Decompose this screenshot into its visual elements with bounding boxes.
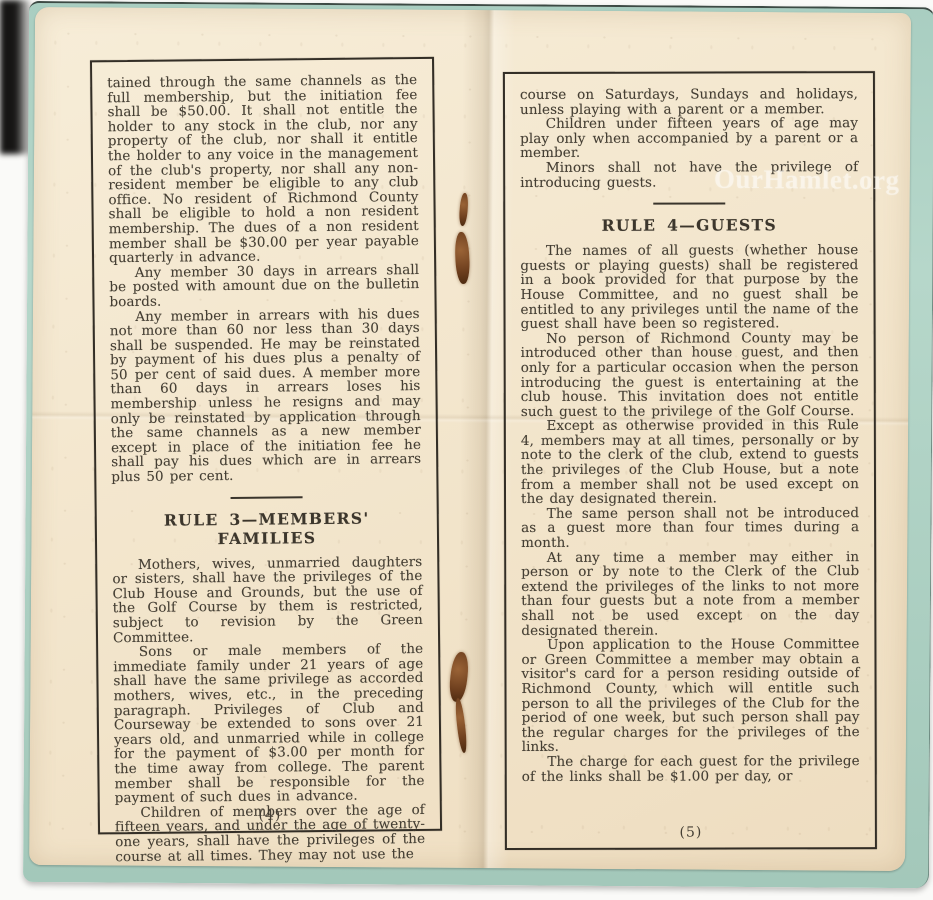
watermark-text: OurHamlet.org [714, 164, 929, 197]
paragraph: Except as otherwise provided in this Rul… [521, 418, 859, 506]
section-divider [653, 203, 725, 205]
section-divider [231, 496, 303, 499]
paragraph: Any member in arrears with his dues not … [110, 306, 422, 484]
scanned-booklet-image: tained through the same channels as the … [0, 0, 933, 900]
paragraph: course on Saturdays, Sundays and holiday… [520, 87, 858, 117]
rusty-staple-bottom [448, 652, 473, 756]
paragraph: At any time a member may either in perso… [521, 550, 859, 638]
paragraph: The names of all guests (whether house g… [520, 243, 858, 331]
page-number-5: (5) [507, 824, 875, 841]
staple-segment [454, 698, 468, 754]
paragraph: Sons or male members of the immediate fa… [113, 642, 425, 806]
paragraph: The same person shall not be introduced … [521, 506, 859, 551]
paragraph: Upon application to the House Committee … [521, 637, 859, 755]
open-booklet: tained through the same channels as the … [0, 0, 933, 900]
booklet-open-pages: tained through the same channels as the … [29, 7, 911, 871]
paragraph: Children under fifteen years of age may … [520, 116, 858, 161]
staple-segment [448, 651, 470, 703]
paragraph: No person of Richmond County may be intr… [521, 331, 859, 419]
paragraph: Mothers, wives, unmarried daughters or s… [112, 555, 423, 646]
paragraph: tained through the same channels as the … [107, 73, 419, 266]
paragraph: The charge for each guest for the privil… [522, 754, 860, 784]
rule-3-heading: RULE 3—MEMBERS' FAMILIES [112, 508, 422, 549]
rule-4-heading: RULE 4—GUESTS [520, 215, 858, 235]
staple-segment [458, 193, 469, 227]
page-4-frame: tained through the same channels as the … [90, 57, 442, 835]
paragraph: Any member 30 days in arrears shall be p… [109, 263, 419, 310]
rusty-staple-top [453, 193, 474, 288]
staple-segment [454, 232, 470, 285]
